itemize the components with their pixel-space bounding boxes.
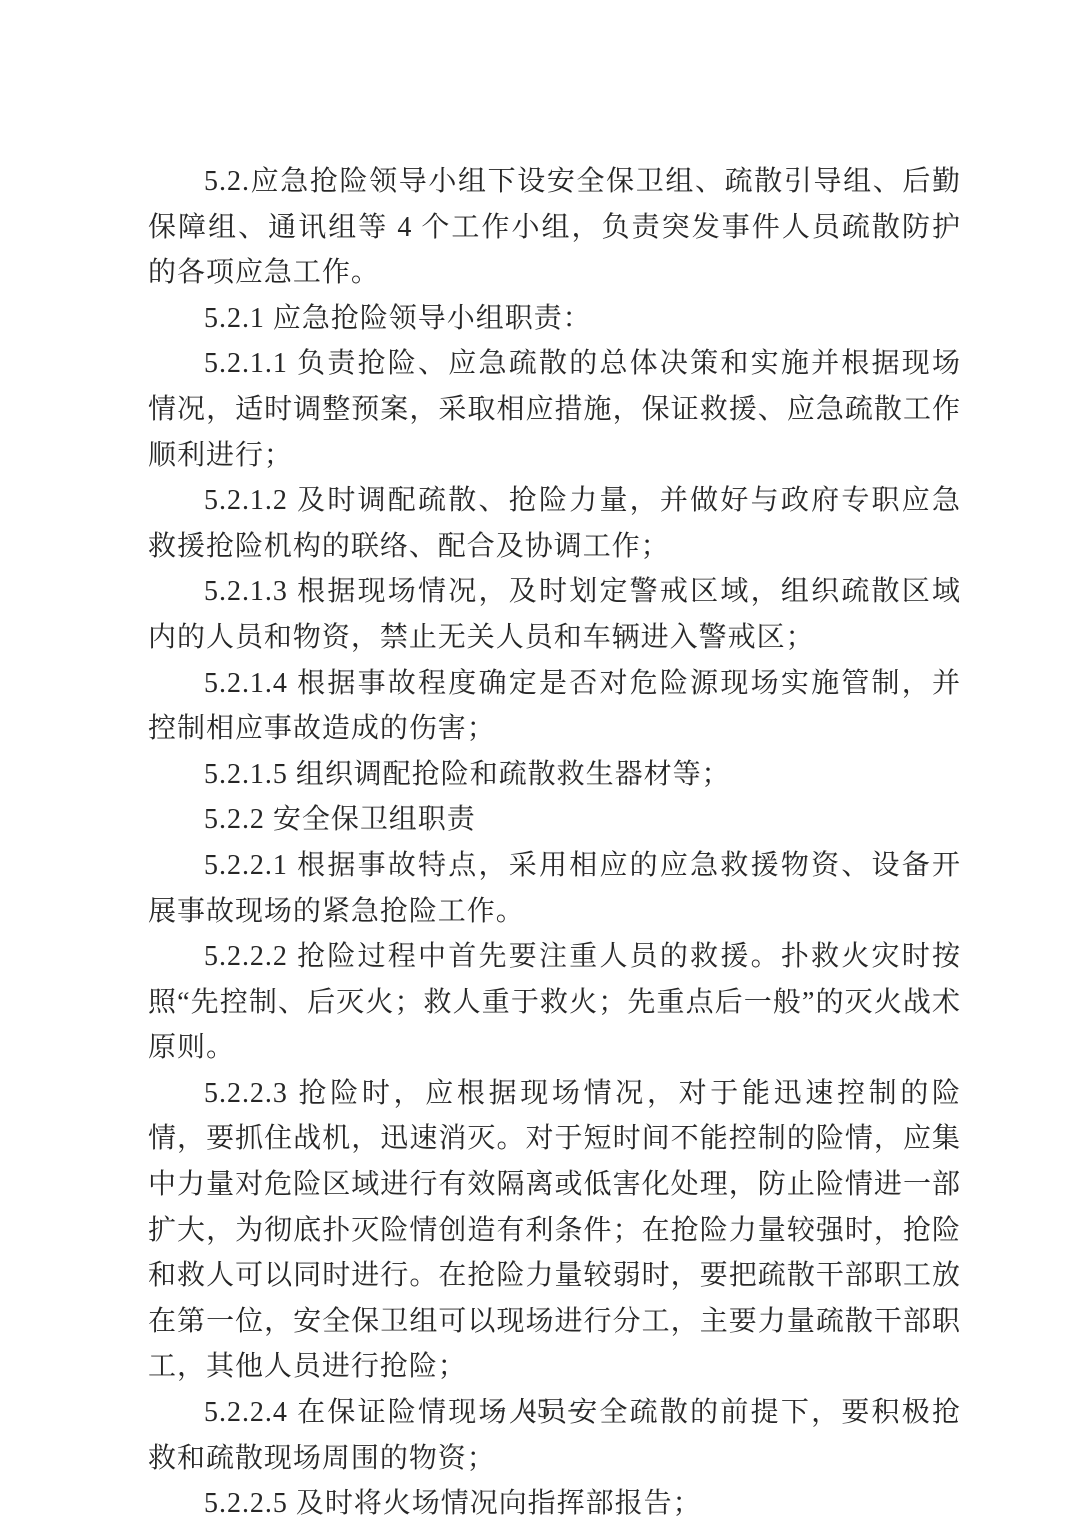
paragraph-5-2-2-2: 5.2.2.2 抢险过程中首先要注重人员的救援。扑救火灾时按照“先控制、后灭火；… [148,934,961,1071]
page-number: – 45 – [0,1394,1074,1424]
paragraph-5-2-2-1: 5.2.2.1 根据事故特点，采用相应的应急救援物资、设备开展事故现场的紧急抢险… [148,843,961,934]
paragraph-5-2-1-1: 5.2.1.1 负责抢险、应急疏散的总体决策和实施并根据现场情况，适时调整预案，… [148,341,961,478]
paragraph-5-2-2-3: 5.2.2.3 抢险时，应根据现场情况，对于能迅速控制的险情，要抓住战机，迅速消… [148,1071,961,1390]
paragraph-5-2-1-5: 5.2.1.5 组织调配抢险和疏散救生器材等； [148,752,961,798]
paragraph-5-2-2-5: 5.2.2.5 及时将火场情况向指挥部报告； [148,1481,961,1520]
paragraph-5-2-1-2: 5.2.1.2 及时调配疏散、抢险力量，并做好与政府专职应急救援抢险机构的联络、… [148,478,961,569]
paragraph-5-2-2: 5.2.2 安全保卫组职责 [148,797,961,843]
paragraph-5-2-1-4: 5.2.1.4 根据事故程度确定是否对危险源现场实施管制，并控制相应事故造成的伤… [148,661,961,752]
text-content: 5.2.应急抢险领导小组下设安全保卫组、疏散引导组、后勤保障组、通讯组等 4 个… [148,159,961,1520]
document-page: 5.2.应急抢险领导小组下设安全保卫组、疏散引导组、后勤保障组、通讯组等 4 个… [0,0,1074,1520]
paragraph-5-2: 5.2.应急抢险领导小组下设安全保卫组、疏散引导组、后勤保障组、通讯组等 4 个… [148,159,961,296]
paragraph-5-2-1: 5.2.1 应急抢险领导小组职责： [148,296,961,342]
paragraph-5-2-1-3: 5.2.1.3 根据现场情况，及时划定警戒区域，组织疏散区域内的人员和物资，禁止… [148,569,961,660]
